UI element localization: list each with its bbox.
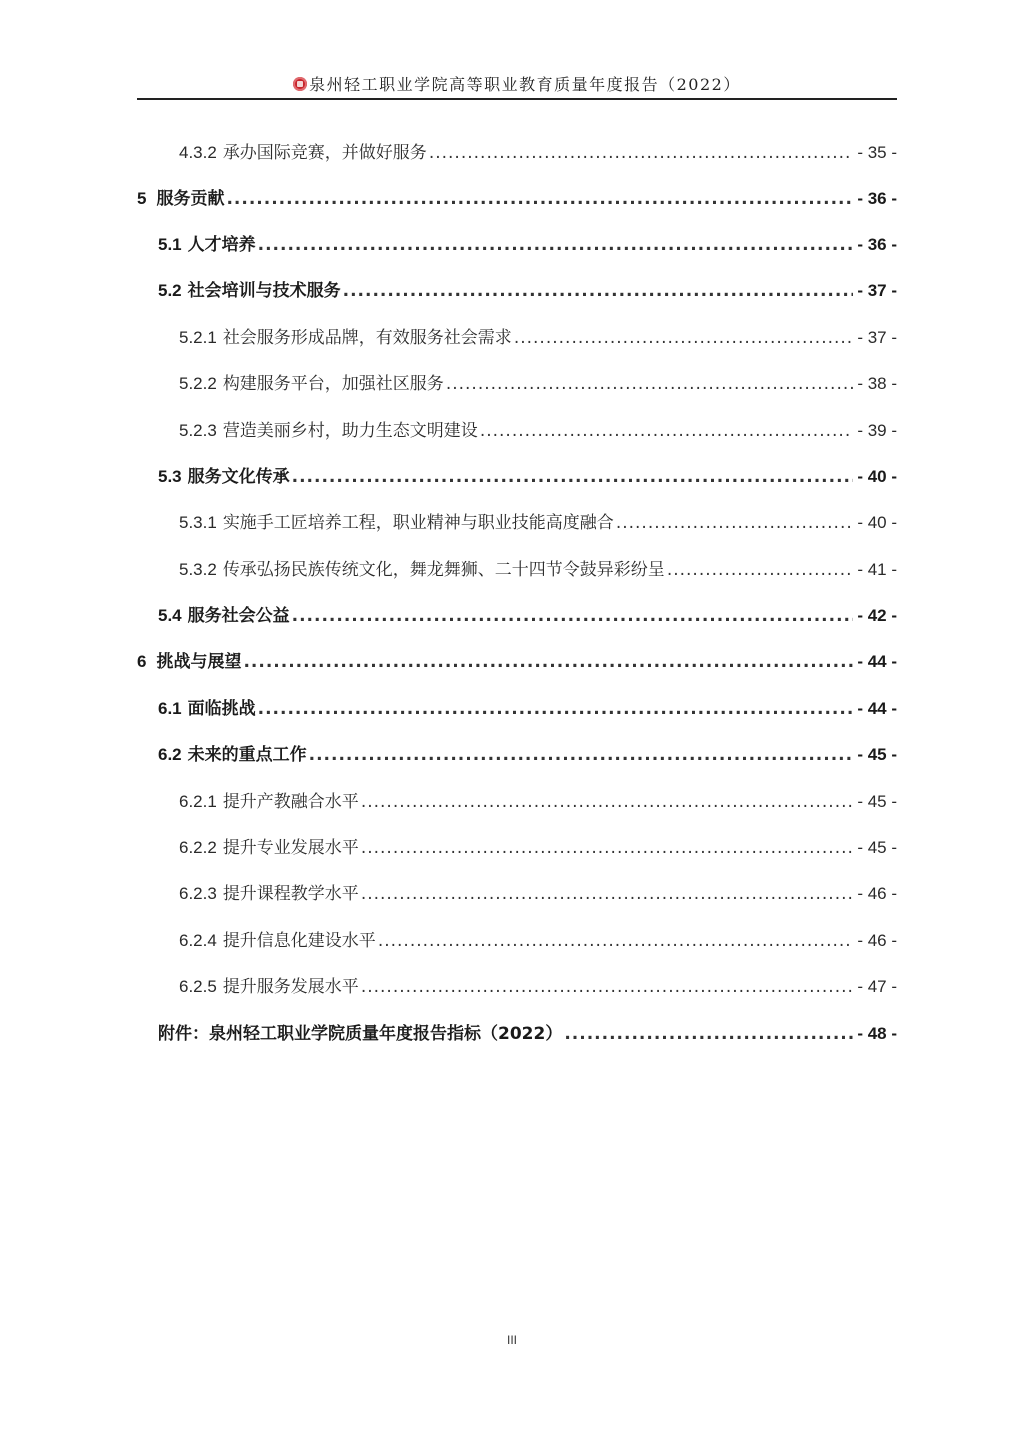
toc-entry[interactable]: 6.2未来的重点工作- 45 -	[158, 742, 897, 768]
toc-entry-label: 4.3.2承办国际竞赛，并做好服务	[179, 140, 429, 166]
toc-entry-number: 6.2.3	[179, 884, 217, 903]
toc-entry-title: 社会培训与技术服务	[188, 281, 341, 301]
toc-entry-label: 6.2.3提升课程教学水平	[179, 881, 361, 907]
toc-entry-page: - 40 -	[853, 510, 897, 536]
toc-entry-number: 5.2.1	[179, 328, 217, 347]
toc-entry-title: 服务文化传承	[188, 467, 290, 487]
toc-entry-label: 5.1人才培养	[158, 232, 258, 258]
toc-entry-label: 5.2.1社会服务形成品牌，有效服务社会需求	[179, 325, 514, 351]
toc-entry-label: 6.2.5提升服务发展水平	[179, 974, 361, 1000]
toc-entry-label: 6.2未来的重点工作	[158, 742, 309, 768]
toc-entry-number: 6	[137, 652, 146, 671]
toc-entry-number: 5.1	[158, 235, 182, 254]
toc-entry[interactable]: 5.2.1社会服务形成品牌，有效服务社会需求- 37 -	[179, 325, 897, 351]
toc-entry-number: 6.2.2	[179, 838, 217, 857]
toc-entry-title: 传承弘扬民族传统文化，舞龙舞狮、二十四节令鼓异彩纷呈	[223, 560, 665, 580]
toc-entry[interactable]: 6挑战与展望- 44 -	[137, 649, 897, 675]
toc-entry-number: 6.2.5	[179, 977, 217, 996]
toc-entry-label: 5.2.3营造美丽乡村，助力生态文明建设	[179, 418, 480, 444]
toc-entry-number: 6.2.1	[179, 792, 217, 811]
dot-leader	[258, 232, 854, 258]
toc-entry-number: 6.1	[158, 699, 182, 718]
dot-leader	[361, 789, 854, 815]
header-divider	[137, 98, 897, 100]
dot-leader	[243, 649, 853, 675]
toc-entry[interactable]: 6.2.4提升信息化建设水平- 46 -	[179, 928, 897, 954]
toc-entry-label: 5.3.2传承弘扬民族传统文化，舞龙舞狮、二十四节令鼓异彩纷呈	[179, 557, 667, 583]
toc-entry-title: 提升专业发展水平	[223, 838, 359, 858]
toc-entry-page: - 46 -	[853, 881, 897, 907]
dot-leader	[564, 1021, 853, 1047]
toc-entry-title: 营造美丽乡村，助力生态文明建设	[223, 421, 478, 441]
toc-entry-page: - 45 -	[853, 789, 897, 815]
toc-entry-page: - 45 -	[853, 742, 897, 768]
page-header: 泉州轻工职业学院高等职业教育质量年度报告（2022）	[137, 70, 897, 100]
toc-entry-label: 5.4服务社会公益	[158, 603, 292, 629]
dot-leader	[429, 140, 854, 166]
toc-entry-page: - 42 -	[853, 603, 897, 629]
toc-entry-page: - 37 -	[853, 278, 897, 304]
toc-entry-title: 实施手工匠培养工程，职业精神与职业技能高度融合	[223, 513, 614, 533]
dot-leader	[378, 928, 854, 954]
toc-entry-page: - 44 -	[853, 696, 897, 722]
toc-entry[interactable]: 5.2.2构建服务平台，加强社区服务- 38 -	[179, 371, 897, 397]
toc-entry[interactable]: 附件：泉州轻工职业学院质量年度报告指标（2022）- 48 -	[158, 1021, 897, 1047]
toc-entry-page: - 41 -	[853, 557, 897, 583]
toc-entry-title: 未来的重点工作	[188, 745, 307, 765]
toc-entry-label: 附件：泉州轻工职业学院质量年度报告指标（2022）	[158, 1021, 564, 1047]
toc-entry[interactable]: 5服务贡献- 36 -	[137, 186, 897, 212]
dot-leader	[514, 325, 854, 351]
toc-entry-label: 5.3服务文化传承	[158, 464, 292, 490]
toc-entry[interactable]: 5.2.3营造美丽乡村，助力生态文明建设- 39 -	[179, 418, 897, 444]
toc-entry-label: 6.2.1提升产教融合水平	[179, 789, 361, 815]
toc-entry-title: 附件：泉州轻工职业学院质量年度报告指标（2022）	[158, 1024, 562, 1044]
toc-entry-page: - 40 -	[853, 464, 897, 490]
toc-entry-label: 5.2社会培训与技术服务	[158, 278, 343, 304]
toc-entry-page: - 44 -	[853, 649, 897, 675]
toc-entry[interactable]: 6.2.3提升课程教学水平- 46 -	[179, 881, 897, 907]
toc-entry-number: 5.4	[158, 606, 182, 625]
toc-entry-number: 5.3.1	[179, 513, 217, 532]
dot-leader	[361, 835, 854, 861]
page-number: III	[0, 1333, 1024, 1347]
toc-entry[interactable]: 5.3.1实施手工匠培养工程，职业精神与职业技能高度融合- 40 -	[179, 510, 897, 536]
toc-entry[interactable]: 6.1面临挑战- 44 -	[158, 696, 897, 722]
toc-entry-page: - 45 -	[853, 835, 897, 861]
toc-entry-page: - 37 -	[853, 325, 897, 351]
toc-entry[interactable]: 6.2.2提升专业发展水平- 45 -	[179, 835, 897, 861]
dot-leader	[616, 510, 854, 536]
toc-entry-label: 6.2.2提升专业发展水平	[179, 835, 361, 861]
toc-entry-page: - 38 -	[853, 371, 897, 397]
toc-entry-number: 5.3	[158, 467, 182, 486]
toc-entry-title: 面临挑战	[188, 699, 256, 719]
toc-entry-label: 6.2.4提升信息化建设水平	[179, 928, 378, 954]
toc-entry-title: 社会服务形成品牌，有效服务社会需求	[223, 328, 512, 348]
toc-entry[interactable]: 6.2.5提升服务发展水平- 47 -	[179, 974, 897, 1000]
toc-entry-page: - 35 -	[853, 140, 897, 166]
toc-entry-label: 6挑战与展望	[137, 649, 243, 675]
toc-entry-page: - 46 -	[853, 928, 897, 954]
dot-leader	[480, 418, 854, 444]
toc-entry-title: 提升服务发展水平	[223, 977, 359, 997]
dot-leader	[446, 371, 854, 397]
toc-entry[interactable]: 5.4服务社会公益- 42 -	[158, 603, 897, 629]
toc-entry[interactable]: 5.3.2传承弘扬民族传统文化，舞龙舞狮、二十四节令鼓异彩纷呈- 41 -	[179, 557, 897, 583]
toc-entry-number: 5.3.2	[179, 560, 217, 579]
toc-entry-page: - 48 -	[853, 1021, 897, 1047]
toc-entry[interactable]: 6.2.1提升产教融合水平- 45 -	[179, 789, 897, 815]
toc-entry-title: 构建服务平台，加强社区服务	[223, 374, 444, 394]
toc-entry-label: 5.3.1实施手工匠培养工程，职业精神与职业技能高度融合	[179, 510, 616, 536]
dot-leader	[258, 696, 854, 722]
toc-entry-page: - 39 -	[853, 418, 897, 444]
toc-entry-title: 提升信息化建设水平	[223, 931, 376, 951]
dot-leader	[361, 881, 854, 907]
toc-entry-number: 5.2.3	[179, 421, 217, 440]
toc-entry-number: 4.3.2	[179, 143, 217, 162]
dot-leader	[292, 464, 854, 490]
toc-entry-page: - 36 -	[853, 232, 897, 258]
toc-entry[interactable]: 4.3.2承办国际竞赛，并做好服务- 35 -	[179, 140, 897, 166]
toc-entry-title: 提升课程教学水平	[223, 884, 359, 904]
dot-leader	[226, 186, 853, 212]
toc-entry-number: 5	[137, 189, 146, 208]
header-title: 泉州轻工职业学院高等职业教育质量年度报告（2022）	[309, 75, 741, 94]
toc-entry-title: 承办国际竞赛，并做好服务	[223, 143, 427, 163]
school-emblem-icon	[293, 77, 307, 91]
toc-entry-title: 服务社会公益	[188, 606, 290, 626]
toc-entry-page: - 47 -	[853, 974, 897, 1000]
toc-entry[interactable]: 5.1人才培养- 36 -	[158, 232, 897, 258]
toc-entry-label: 5服务贡献	[137, 186, 226, 212]
toc-entry[interactable]: 5.2社会培训与技术服务- 37 -	[158, 278, 897, 304]
toc-entry-title: 挑战与展望	[156, 652, 241, 672]
toc-entry-number: 5.2.2	[179, 374, 217, 393]
dot-leader	[667, 557, 854, 583]
dot-leader	[343, 278, 854, 304]
toc-entry-number: 6.2	[158, 745, 182, 764]
toc-entry[interactable]: 5.3服务文化传承- 40 -	[158, 464, 897, 490]
dot-leader	[361, 974, 854, 1000]
toc-entry-title: 服务贡献	[156, 189, 224, 209]
toc-entry-label: 5.2.2构建服务平台，加强社区服务	[179, 371, 446, 397]
toc-entry-number: 6.2.4	[179, 931, 217, 950]
toc-entry-number: 5.2	[158, 281, 182, 300]
toc-entry-title: 人才培养	[188, 235, 256, 255]
dot-leader	[309, 742, 854, 768]
toc-entry-title: 提升产教融合水平	[223, 792, 359, 812]
toc-entry-label: 6.1面临挑战	[158, 696, 258, 722]
toc-entry-page: - 36 -	[853, 186, 897, 212]
dot-leader	[292, 603, 854, 629]
